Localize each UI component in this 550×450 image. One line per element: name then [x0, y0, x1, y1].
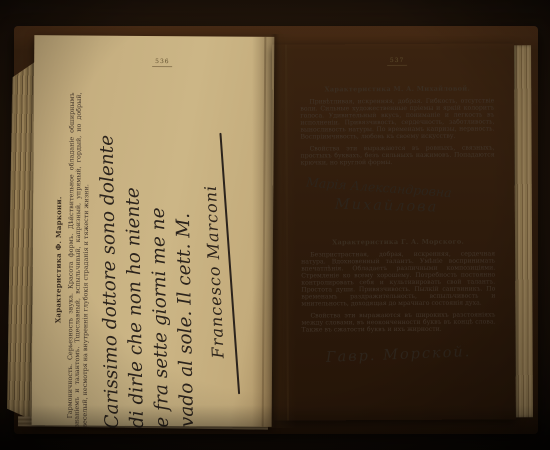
- marconi-signature: Francesco Marconi: [198, 93, 242, 428]
- handwriting-line: vado al sole. Il cett. M.: [168, 92, 199, 427]
- left-rotated-content: Характеристика Ф. Маркони. Гармоничность…: [53, 92, 268, 428]
- left-page-number: 536: [152, 58, 173, 67]
- marconi-section-heading: Характеристика Ф. Маркони.: [53, 92, 64, 427]
- mikhailova-signature-line-2: Михайлова: [335, 197, 439, 216]
- morskoy-paragraph-2: Свойства эти выражаются въ широкихъ разс…: [301, 311, 495, 333]
- marconi-paragraph: Гармоничность. Серьезность звука. Красот…: [67, 92, 91, 427]
- mikhailova-section-heading: Характеристика М. А. Михайловой.: [300, 84, 494, 93]
- morskoy-section-heading: Характеристика Г. А. Морского.: [301, 237, 495, 246]
- morskoy-paragraph-1: Безпристрастная, добрая, искренняя, серд…: [301, 250, 495, 307]
- mikhailova-signature-line-1: Марія Александровна: [306, 174, 453, 200]
- book-photograph: 536 Характеристика Ф. Маркони. Гармоничн…: [0, 0, 550, 450]
- mikhailova-paragraph-1: Привѣтливая, искренняя, добрая. Гибкость…: [300, 97, 494, 140]
- page-stack-right-edge: [514, 45, 533, 417]
- marconi-signature-text: Francesco Marconi: [201, 185, 228, 359]
- left-page: 536 Характеристика Ф. Маркони. Гармоничн…: [32, 35, 275, 427]
- right-page-number: 537: [387, 57, 407, 66]
- mikhailova-paragraph-2: Свойства эти выражаются въ ровныхъ, связ…: [301, 144, 495, 166]
- right-page-gutter-crease: [285, 45, 289, 421]
- handwriting-sample-italian: Carissimo dottore sono dolente di dirle …: [93, 92, 199, 429]
- right-page: 537 Характеристика М. А. Михайловой. При…: [272, 43, 516, 420]
- mikhailova-signature: Марія Александровна Михайлова: [301, 169, 495, 228]
- morskoy-signature: Гавр. Морской.: [301, 343, 495, 367]
